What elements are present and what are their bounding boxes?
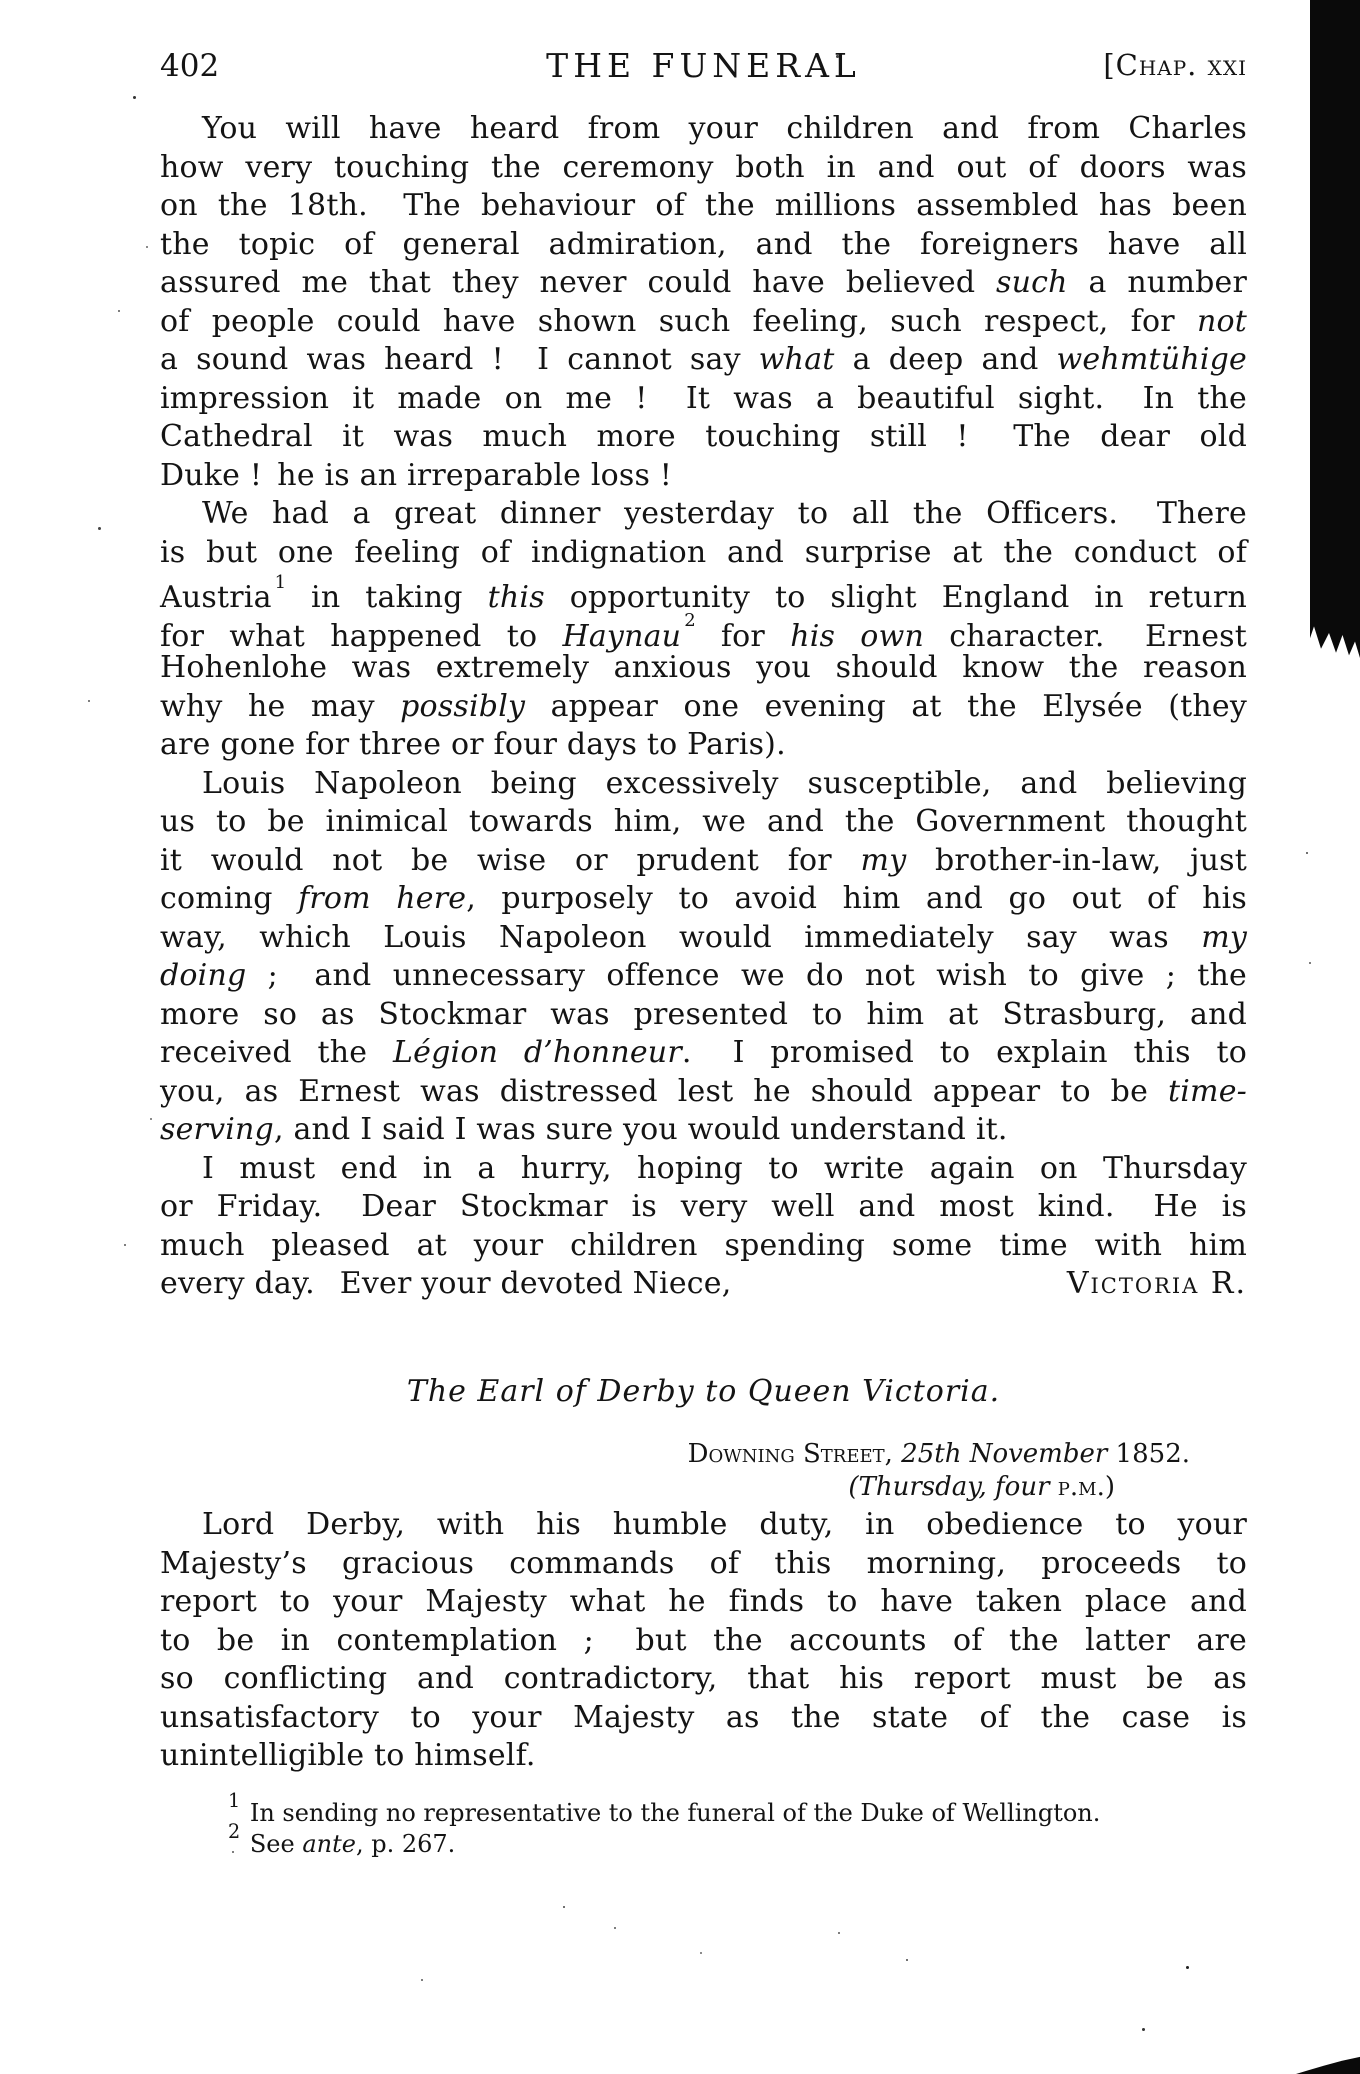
text-line: to be in contemplation ; but the account… <box>160 1622 1247 1661</box>
text-line: unintelligible to himself. <box>160 1737 1247 1776</box>
scan-speck <box>1309 962 1311 964</box>
text-line: unsatisfactory to your Majesty as the st… <box>160 1699 1247 1738</box>
text-line: Hohenlohe was extremely anxious you shou… <box>160 649 1247 688</box>
text-line: for what happened to Haynau2 for his own… <box>160 611 1247 650</box>
text-line: why he may possibly appear one evening a… <box>160 688 1247 727</box>
chapter-marker: [Chap. xxi <box>1103 48 1247 82</box>
text-line: Majesty’s gracious commands of this morn… <box>160 1545 1247 1584</box>
dateline-line: Downing Street, 25th November 1852. <box>160 1438 1247 1471</box>
page-number: 402 <box>160 48 219 84</box>
scan-speck <box>232 1851 234 1853</box>
text-line: Austria1 in taking this opportunity to s… <box>160 572 1247 611</box>
text-line: much pleased at your children spending s… <box>160 1227 1247 1266</box>
text-line: assured me that they never could have be… <box>160 264 1247 303</box>
text-line: impression it made on me ! It was a beau… <box>160 380 1247 419</box>
text-line: you, as Ernest was distressed lest he sh… <box>160 1073 1247 1112</box>
text-line: on the 18th. The behaviour of the millio… <box>160 187 1247 226</box>
chapter-title: THE FUNERAL <box>546 46 861 85</box>
dateline: Downing Street, 25th November 1852.(Thur… <box>160 1438 1247 1504</box>
letter-derby: Lord Derby, with his humble duty, in obe… <box>160 1506 1247 1776</box>
text-line: a sound was heard ! I cannot say what a … <box>160 341 1247 380</box>
text-line: Duke ! he is an irreparable loss ! <box>160 457 1247 496</box>
book-page: 402 THE FUNERAL [Chap. xxi You will have… <box>0 0 1360 2074</box>
text-line: Louis Napoleon being excessively suscept… <box>160 765 1247 804</box>
scan-speck <box>700 1952 702 1954</box>
text-line: us to be inimical towards him, we and th… <box>160 803 1247 842</box>
text-line: is but one feeling of indignation and su… <box>160 534 1247 573</box>
text-line: received the Légion d’honneur. I promise… <box>160 1034 1247 1073</box>
text-line: or Friday. Dear Stockmar is very well an… <box>160 1188 1247 1227</box>
footnote: 1 In sending no representative to the fu… <box>228 1790 1247 1821</box>
text-line: You will have heard from your children a… <box>160 110 1247 149</box>
text-line: serving, and I said I was sure you would… <box>160 1111 1247 1150</box>
text-line: it would not be wise or prudent for my b… <box>160 842 1247 881</box>
text-line: doing ; and unnecessary offence we do no… <box>160 957 1247 996</box>
signature: Victoria R. <box>1067 1265 1247 1304</box>
letter-queen-victoria: You will have heard from your children a… <box>160 110 1247 1304</box>
scan-speck <box>1186 1966 1189 1969</box>
scan-speck <box>614 1927 616 1929</box>
scan-speck <box>906 1959 908 1961</box>
scan-artifact-corner-mark <box>1296 2052 1360 2074</box>
text-line: so conflicting and contradictory, that h… <box>160 1660 1247 1699</box>
text-line: We had a great dinner yesterday to all t… <box>160 495 1247 534</box>
scan-speck <box>146 246 148 248</box>
letter-heading: The Earl of Derby to Queen Victoria. <box>160 1374 1247 1409</box>
scan-speck <box>118 310 120 312</box>
footnotes: 1 In sending no representative to the fu… <box>160 1790 1247 1852</box>
dateline-line: (Thursday, four p.m.) <box>160 1471 1247 1504</box>
scan-speck <box>133 96 136 99</box>
scan-speck <box>88 700 90 702</box>
text-line: Cathedral it was much more touching stil… <box>160 418 1247 457</box>
scan-artifact-edge-bar <box>1310 0 1360 658</box>
text-line: coming from here, purposely to avoid him… <box>160 880 1247 919</box>
text-line: report to your Majesty what he finds to … <box>160 1583 1247 1622</box>
text-line: Lord Derby, with his humble duty, in obe… <box>160 1506 1247 1545</box>
scan-speck <box>836 55 839 58</box>
scan-speck <box>563 1906 565 1908</box>
running-head: 402 THE FUNERAL [Chap. xxi <box>160 44 1247 86</box>
text-line: more so as Stockmar was presented to him… <box>160 996 1247 1035</box>
text-line: the topic of general admiration, and the… <box>160 226 1247 265</box>
scan-speck <box>421 1979 423 1981</box>
scan-speck <box>150 1118 152 1120</box>
scan-speck <box>98 527 101 530</box>
text-line: of people could have shown such feeling,… <box>160 303 1247 342</box>
scan-speck <box>838 1932 840 1934</box>
text-line: how very touching the ceremony both in a… <box>160 149 1247 188</box>
text-line: every day. Ever your devoted Niece,Victo… <box>160 1265 1247 1304</box>
scan-speck <box>1306 852 1308 854</box>
scan-speck <box>124 1244 126 1246</box>
text-line: I must end in a hurry, hoping to write a… <box>160 1150 1247 1189</box>
scan-speck <box>1142 2028 1145 2031</box>
text-line: way, which Louis Napoleon would immediat… <box>160 919 1247 958</box>
text-line: are gone for three or four days to Paris… <box>160 726 1247 765</box>
